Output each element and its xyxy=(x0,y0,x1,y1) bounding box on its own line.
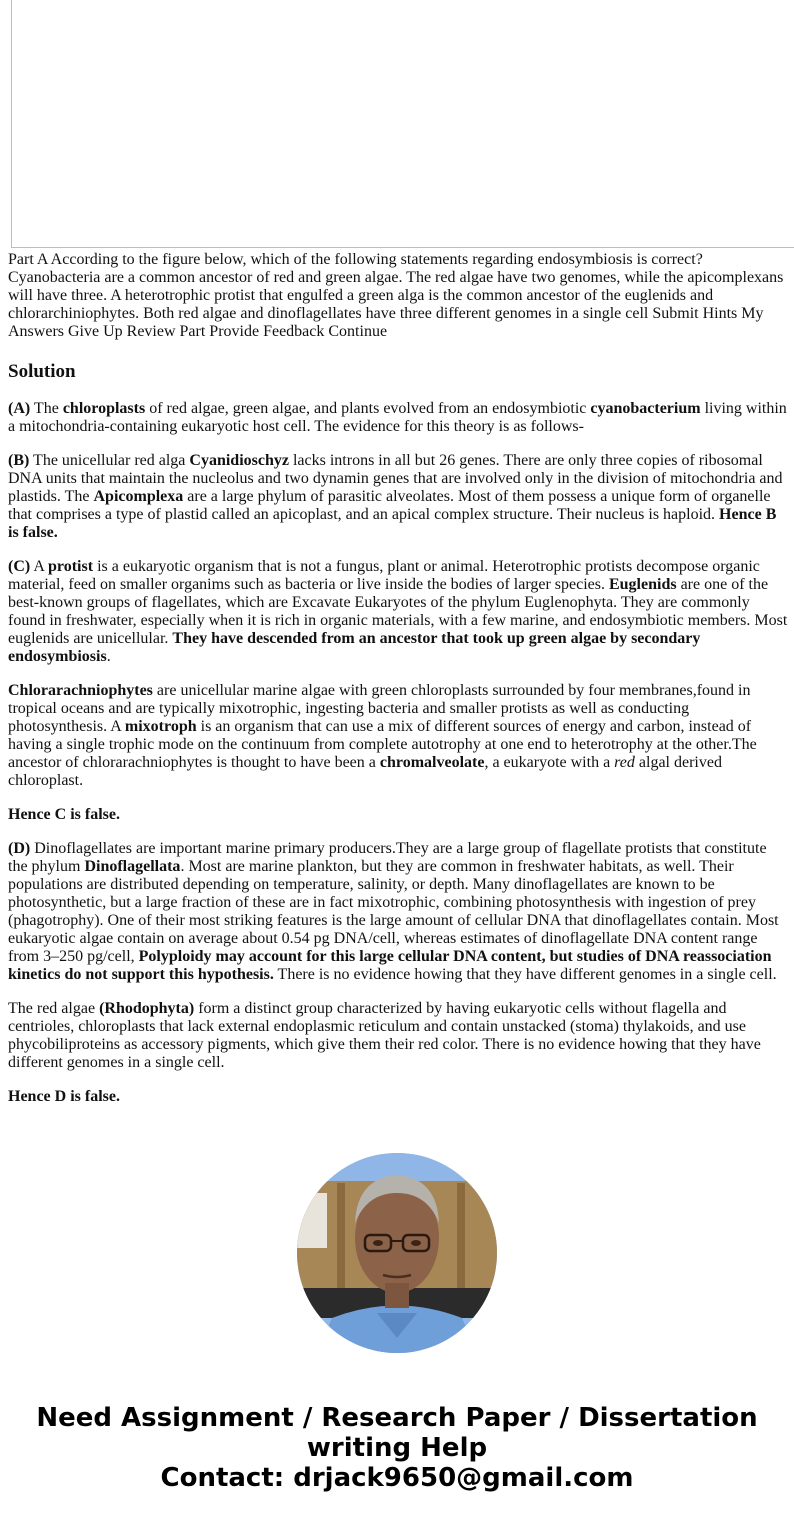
solution-body: (A) The chloroplasts of red algae, green… xyxy=(8,400,788,1122)
solution-heading: Solution xyxy=(8,361,76,383)
conclusion-d-text: Hence D is false. xyxy=(8,1088,120,1105)
term-cyanidioschyz: Cyanidioschyz xyxy=(189,452,289,469)
term-dinoflagellata: Dinoflagellata xyxy=(84,858,180,875)
term-chloroplasts: chloroplasts xyxy=(63,400,145,417)
conclusion-d: Hence D is false. xyxy=(8,1088,788,1106)
text: A xyxy=(30,558,48,575)
promo-banner: Need Assignment / Research Paper / Disse… xyxy=(0,1403,794,1493)
conclusion-c-text: Hence C is false. xyxy=(8,806,120,823)
term-cyanobacterium: cyanobacterium xyxy=(590,400,700,417)
text: There is no evidence howing that they ha… xyxy=(274,966,777,983)
label-a: (A) xyxy=(8,400,30,417)
question-text: Part A According to the figure below, wh… xyxy=(8,251,790,341)
term-chlorarachniophytes: Chlorarachniophytes xyxy=(8,682,153,699)
term-euglenids: Euglenids xyxy=(609,576,677,593)
paragraph-b: (B) The unicellular red alga Cyanidiosch… xyxy=(8,452,788,542)
paragraph-d: (D) Dinoflagellates are important marine… xyxy=(8,840,788,984)
term-protist: protist xyxy=(48,558,93,575)
portrait-icon xyxy=(297,1153,497,1353)
term-rhodophyta: (Rhodophyta) xyxy=(99,1000,194,1017)
promo-line-1: Need Assignment / Research Paper / Disse… xyxy=(0,1403,794,1433)
promo-line-2: writing Help xyxy=(0,1433,794,1463)
conclusion-c: Hence C is false. xyxy=(8,806,788,824)
emphasis-red: red xyxy=(614,754,635,771)
promo-contact: Contact: drjack9650@gmail.com xyxy=(0,1463,794,1493)
label-c: (C) xyxy=(8,558,30,575)
label-b: (B) xyxy=(8,452,29,469)
term-mixotroph: mixotroph xyxy=(125,718,197,735)
paragraph-a: (A) The chloroplasts of red algae, green… xyxy=(8,400,788,436)
term-chromalveolate: chromalveolate xyxy=(380,754,485,771)
figure-placeholder xyxy=(11,0,794,248)
text: The red algae xyxy=(8,1000,99,1017)
paragraph-rhodophyta: The red algae (Rhodophyta) form a distin… xyxy=(8,1000,788,1072)
paragraph-c: (C) A protist is a eukaryotic organism t… xyxy=(8,558,788,666)
paragraph-chlorarachniophytes: Chlorarachniophytes are unicellular mari… xyxy=(8,682,788,790)
term-apicomplexa: Apicomplexa xyxy=(93,488,183,505)
label-d: (D) xyxy=(8,840,30,857)
text: , a eukaryote with a xyxy=(484,754,614,771)
text: The unicellular red alga xyxy=(29,452,189,469)
author-avatar xyxy=(297,1153,497,1353)
text: . xyxy=(107,648,111,665)
text: of red algae, green algae, and plants ev… xyxy=(145,400,590,417)
text: The xyxy=(30,400,63,417)
